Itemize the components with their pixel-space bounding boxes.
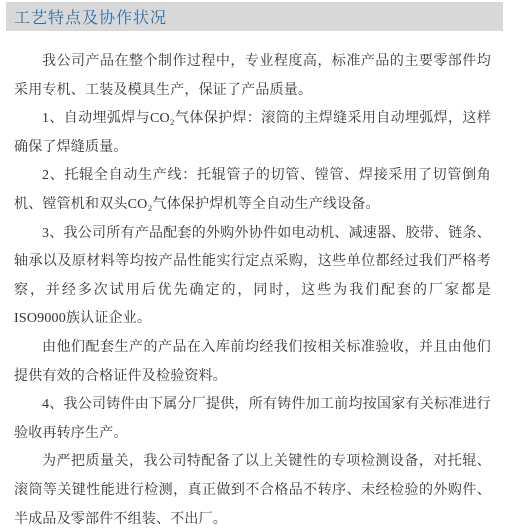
document-body: 我公司产品在整个制作过程中，专业程度高，标准产品的主要零部件均采用专机、工装及模… [0, 48, 505, 531]
paragraph: 为严把质量关，我公司特配备了以上关键性的专项检测设备，对托辊、滚筒等关键性能进行… [14, 448, 491, 531]
section-title-bar: 工艺特点及协作状况 [6, 2, 503, 31]
paragraph: 我公司产品在整个制作过程中，专业程度高，标准产品的主要零部件均采用专机、工装及模… [14, 48, 491, 105]
paragraph: 3、我公司所有产品配套的外购外协件如电动机、减速器、胶带、链条、轴承以及原材料等… [14, 220, 491, 334]
paragraph: 由他们配套生产的产品在入库前均经我们按相关标准验收，并且由他们提供有效的合格证件… [14, 334, 491, 391]
paragraph: 2、托辊全自动生产线：托辊管子的切管、镗管、焊接采用了切管倒角机、镗管机和双头C… [14, 162, 491, 219]
paragraph: 4、我公司铸件由下属分厂提供，所有铸件加工前均按国家有关标准进行验收再转序生产。 [14, 391, 491, 448]
page-title: 工艺特点及协作状况 [6, 5, 167, 28]
paragraph: 1、自动埋弧焊与CO₂气体保护焊：滚筒的主焊缝采用自动埋弧焊，这样确保了焊缝质量… [14, 105, 491, 162]
